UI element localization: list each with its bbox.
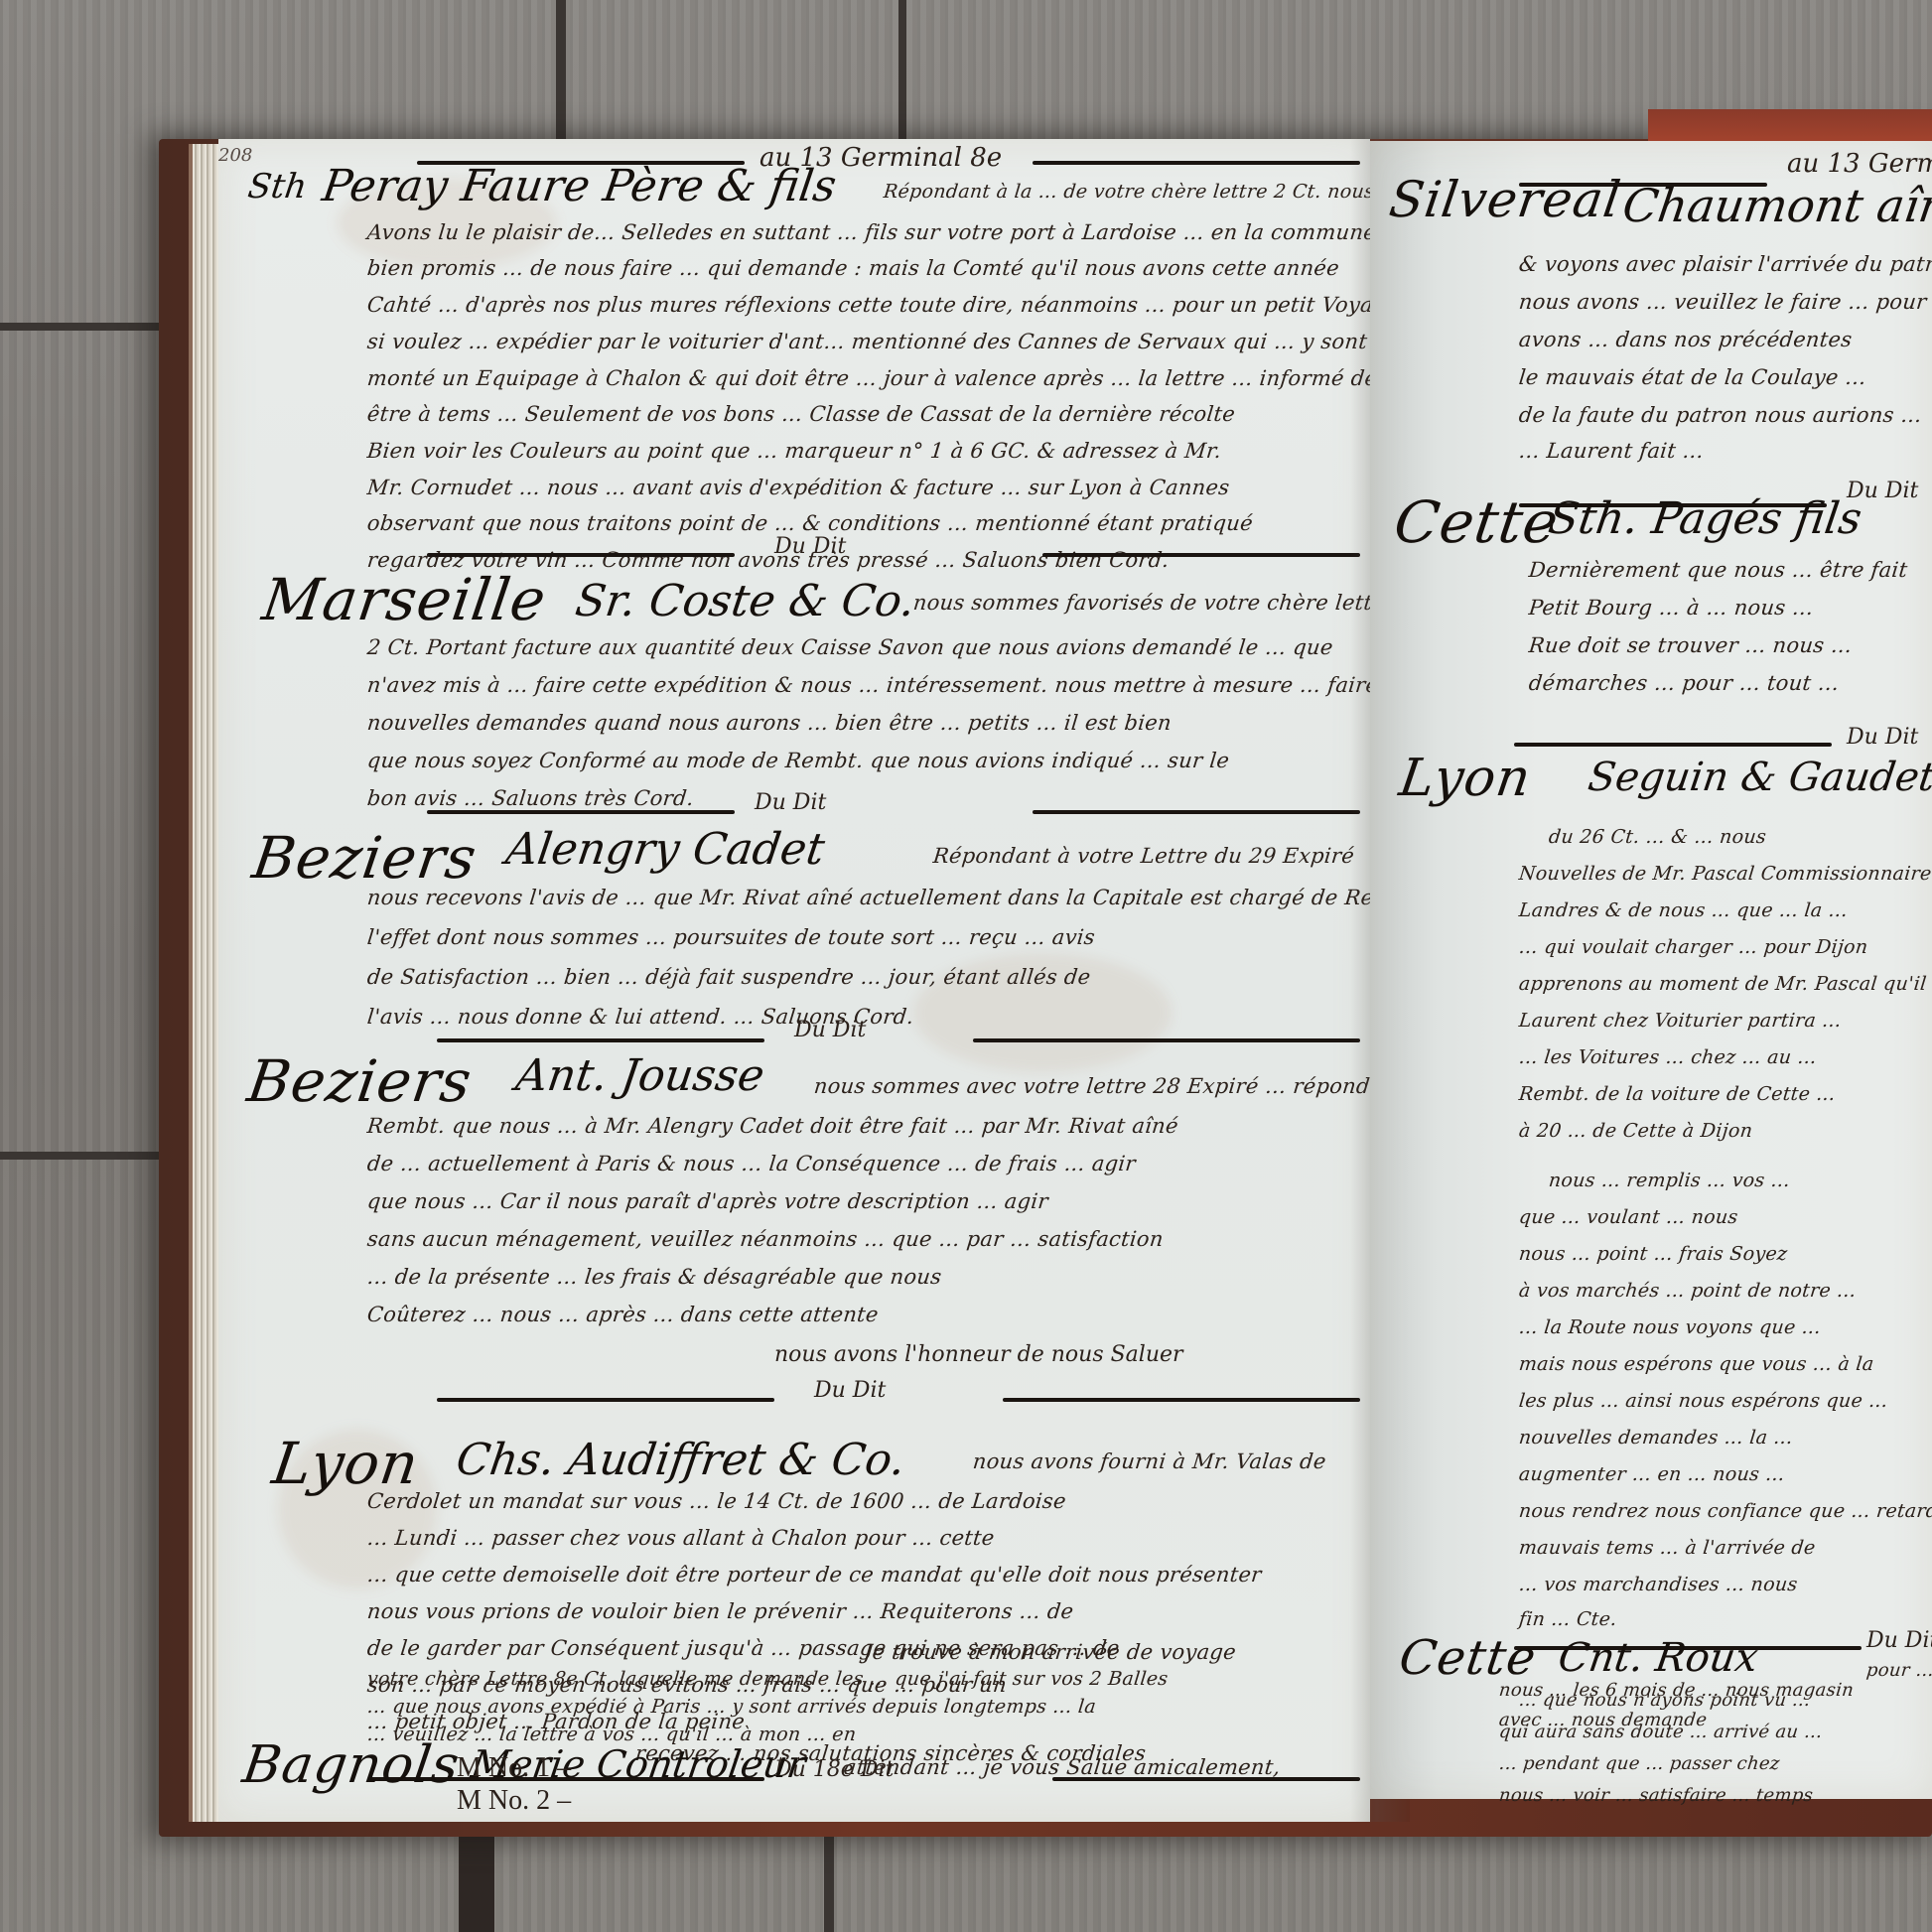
- separator-rule: [427, 810, 735, 814]
- letter-line: nouvelles demandes ... la ...: [1518, 1427, 1794, 1449]
- letter-line: Répondant à votre Lettre du 29 Expiré: [932, 844, 1356, 868]
- letter-line: être à tems ... Seulement de vos bons ..…: [366, 402, 1237, 426]
- letter-line: que ... voulant ... nous: [1518, 1206, 1739, 1228]
- right-page-bottom: nous ... les 6 mois de ... nous magasin …: [1370, 1787, 1932, 1817]
- letter-line: l'effet dont nous sommes ... poursuites …: [366, 925, 1096, 949]
- letter-line: de la faute du patron nous aurions ...: [1518, 403, 1923, 427]
- du-dit-marker: Du Dit: [774, 534, 846, 559]
- letter-line: Bien voir les Couleurs au point que ... …: [366, 439, 1223, 463]
- separator-rule: [1003, 1398, 1360, 1402]
- letter-line: que nous soyez Conformé au mode de Rembt…: [366, 749, 1231, 772]
- letter-line: nous recevons l'avis de ... que Mr. Riva…: [366, 886, 1425, 909]
- letter-line: ... pendant que ... passer chez: [1498, 1753, 1781, 1774]
- entry-firm: Chaumont aîné: [1619, 179, 1932, 232]
- letter-line: Cerdolet un mandat sur vous ... le 14 Ct…: [366, 1489, 1067, 1513]
- letter-line: attendant ... je vous Salue amicalement,: [843, 1755, 1282, 1779]
- letter-line: ... de la présente ... les frais & désag…: [366, 1265, 943, 1289]
- du-dit-marker: Du Dit: [794, 1018, 866, 1042]
- letter-line: monté un Equipage à Chalon & qui doit êt…: [366, 366, 1379, 390]
- letter-line: ... Lundi ... passer chez vous allant à …: [366, 1526, 996, 1550]
- letter-line: Cahté ... d'après nos plus mures réflexi…: [366, 293, 1401, 317]
- letter-line: nous sommes avec votre lettre 28 Expiré …: [813, 1074, 1398, 1098]
- letter-line: nous rendrez nous confiance que ... reta…: [1518, 1500, 1932, 1522]
- letter-line: fin ... Cte.: [1518, 1608, 1618, 1630]
- entry-place: Cette: [1390, 488, 1563, 556]
- separator-rule: [1033, 161, 1360, 165]
- letter-line: bien promis ... de nous faire ... qui de…: [366, 256, 1341, 280]
- letter-line: Laurent chez Voiturier partira ...: [1518, 1010, 1843, 1032]
- letter-line: nous avons ... veuillez le faire ... pou…: [1518, 290, 1928, 314]
- letter-line: ... la Route nous voyons que ...: [1518, 1316, 1822, 1338]
- letter-line: n'avez mis à ... faire cette expédition …: [366, 673, 1413, 697]
- entry-firm: Sth. Pagés fils: [1545, 493, 1864, 544]
- letter-line: ... qui voulait charger ... pour Dijon: [1518, 936, 1869, 958]
- letter-line: Avons lu le plaisir de... Selledes en su…: [366, 220, 1378, 244]
- mark-number: M No. 2 –: [457, 1785, 571, 1817]
- letter-line: 2 Ct. Portant facture aux quantité deux …: [366, 635, 1334, 659]
- left-page-bottom: Je trouve à mon arrivée de voyage votre …: [218, 1628, 1370, 1822]
- entry-place: Sth: [245, 167, 309, 207]
- letter-line: sans aucun ménagement, veuillez néanmoin…: [366, 1227, 1165, 1251]
- letter-line: nous ... les 6 mois de ... nous magasin: [1498, 1680, 1855, 1701]
- letter-line: démarches ... pour ... tout ...: [1528, 671, 1841, 695]
- letter-line: du 26 Ct. ... & ... nous: [1548, 826, 1767, 848]
- letter-line: votre chère Lettre 8e Ct. laquelle me de…: [366, 1668, 1170, 1690]
- letter-line: Rembt. de la voiture de Cette ...: [1518, 1083, 1837, 1105]
- letter-line: mauvais tems ... à l'arrivée de: [1518, 1537, 1817, 1559]
- letter-line: nous sommes favorisés de votre chère let…: [912, 591, 1397, 615]
- letter-line: Coûterez ... nous ... après ... dans cet…: [366, 1303, 880, 1326]
- du-dit-marker: Du Dit: [1866, 1628, 1932, 1653]
- du-dit-marker: Du Dit: [755, 790, 826, 815]
- letter-line: observant que nous traitons point de ...…: [366, 511, 1254, 535]
- letter-line: ... que cette demoiselle doit être porte…: [366, 1563, 1263, 1587]
- letter-line: que nous ... Car il nous paraît d'après …: [366, 1189, 1049, 1213]
- letter-line: nous vous prions de vouloir bien le prév…: [366, 1599, 1075, 1623]
- letter-line: de ... actuellement à Paris & nous ... l…: [366, 1152, 1137, 1175]
- letter-line: nous ... remplis ... vos ...: [1548, 1170, 1791, 1191]
- letter-line: si voulez ... expédier par le voiturier …: [366, 330, 1369, 353]
- entry-place: Beziers: [248, 824, 481, 892]
- entry-place: Marseille: [258, 566, 550, 633]
- separator-rule: [1033, 810, 1360, 814]
- letter-closing: nous avons l'honneur de nous Saluer: [774, 1342, 1183, 1367]
- plank-seam: [824, 1837, 834, 1932]
- letter-line: ... que nous avons expédié à Paris ... y…: [366, 1696, 1097, 1718]
- letter-line: avons ... dans nos précédentes: [1518, 328, 1854, 351]
- separator-rule: [437, 1398, 774, 1402]
- letter-line: ... veuillez ... la lettre à vos ... qu'…: [366, 1724, 858, 1745]
- letter-line: le mauvais état de la Coulaye ...: [1518, 365, 1867, 389]
- entry-firm: Sr. Coste & Co.: [572, 576, 917, 626]
- separator-rule: [1514, 743, 1832, 747]
- entry-place: Beziers: [243, 1047, 476, 1115]
- entry-place: Lyon: [1396, 749, 1535, 808]
- date-header: au 13 Germinal: [1787, 149, 1932, 179]
- entry-place: Silvereal: [1386, 171, 1625, 228]
- entry-firm: Alengry Cadet: [502, 824, 827, 875]
- mark-number: M No. 1 –: [457, 1752, 571, 1784]
- letter-line: & voyons avec plaisir l'arrivée du patro…: [1518, 252, 1932, 276]
- letter-line: nous ... point ... frais Soyez: [1518, 1243, 1789, 1265]
- plank-seam: [0, 1152, 159, 1160]
- plank-seam: [556, 0, 566, 139]
- du-dit-marker: Du Dit: [814, 1378, 886, 1403]
- letter-line: les plus ... ainsi nous espérons que ...: [1518, 1390, 1889, 1412]
- entry-firm: Seguin & Gaudet: [1586, 755, 1932, 800]
- letter-line: Je trouve à mon arrivée de voyage: [863, 1640, 1238, 1664]
- letter-line: apprenons au moment de Mr. Pascal qu'il …: [1518, 973, 1932, 995]
- letter-line: avec ... nous demande: [1498, 1710, 1708, 1730]
- right-page: au 13 Germinal Silvereal Chaumont aîné &…: [1370, 141, 1932, 1799]
- letter-line: de Satisfaction ... bien ... déjà fait s…: [366, 965, 1092, 989]
- letter-line: Landres & de nous ... que ... la ...: [1518, 899, 1849, 921]
- separator-rule: [1042, 553, 1360, 557]
- letter-line: Répondant à la ... de votre chère lettre…: [883, 181, 1375, 203]
- letter-line: ... Laurent fait ...: [1518, 439, 1705, 463]
- left-page: 208 au 13 Germinal 8e Sth Peray Faure Pè…: [218, 139, 1370, 1822]
- letter-line: ... les Voitures ... chez ... au ...: [1518, 1046, 1818, 1068]
- letter-line: Rembt. que nous ... à Mr. Alengry Cadet …: [366, 1114, 1179, 1138]
- letter-line: pour ...: [1865, 1660, 1932, 1681]
- entry-place: Lyon: [268, 1430, 423, 1497]
- letter-line: bon avis ... Saluons très Cord.: [366, 786, 695, 810]
- letter-line: à vos marchés ... point de notre ...: [1518, 1280, 1858, 1302]
- letter-line: Mr. Cornudet ... nous ... avant avis d'e…: [366, 476, 1231, 499]
- letter-line: Dernièrement que nous ... être fait: [1528, 558, 1909, 582]
- entry-firm: Peray Faure Père & fils: [319, 161, 839, 211]
- plank-seam: [459, 1837, 494, 1932]
- separator-rule: [427, 553, 735, 557]
- letter-line: mais nous espérons que vous ... à la: [1518, 1353, 1875, 1375]
- folio-number: 208: [218, 145, 252, 166]
- letter-line: augmenter ... en ... nous ...: [1518, 1463, 1786, 1485]
- letter-line: ... vos marchandises ... nous: [1518, 1574, 1799, 1595]
- letter-line: Rue doit se trouver ... nous ...: [1528, 633, 1854, 657]
- separator-rule: [437, 1038, 764, 1042]
- entry-place: Cette: [1396, 1630, 1540, 1686]
- du-dit-marker: Du Dit: [1847, 725, 1918, 750]
- letter-line: à 20 ... de Cette à Dijon: [1518, 1120, 1754, 1142]
- letter-line: Petit Bourg ... à ... nous ...: [1528, 596, 1815, 620]
- letter-line: Nouvelles de Mr. Pascal Commissionnaire …: [1518, 863, 1932, 885]
- letter-line: nous avons fourni à Mr. Valas de: [972, 1449, 1327, 1473]
- entry-firm: Ant. Jousse: [512, 1050, 767, 1101]
- separator-rule: [973, 1038, 1360, 1042]
- entry-firm: Cnt. Roux: [1556, 1635, 1761, 1681]
- letter-line: nouvelles demandes quand nous aurons ...…: [366, 711, 1173, 735]
- entry-firm: Chs. Audiffret & Co.: [453, 1435, 908, 1485]
- plank-seam: [898, 0, 906, 139]
